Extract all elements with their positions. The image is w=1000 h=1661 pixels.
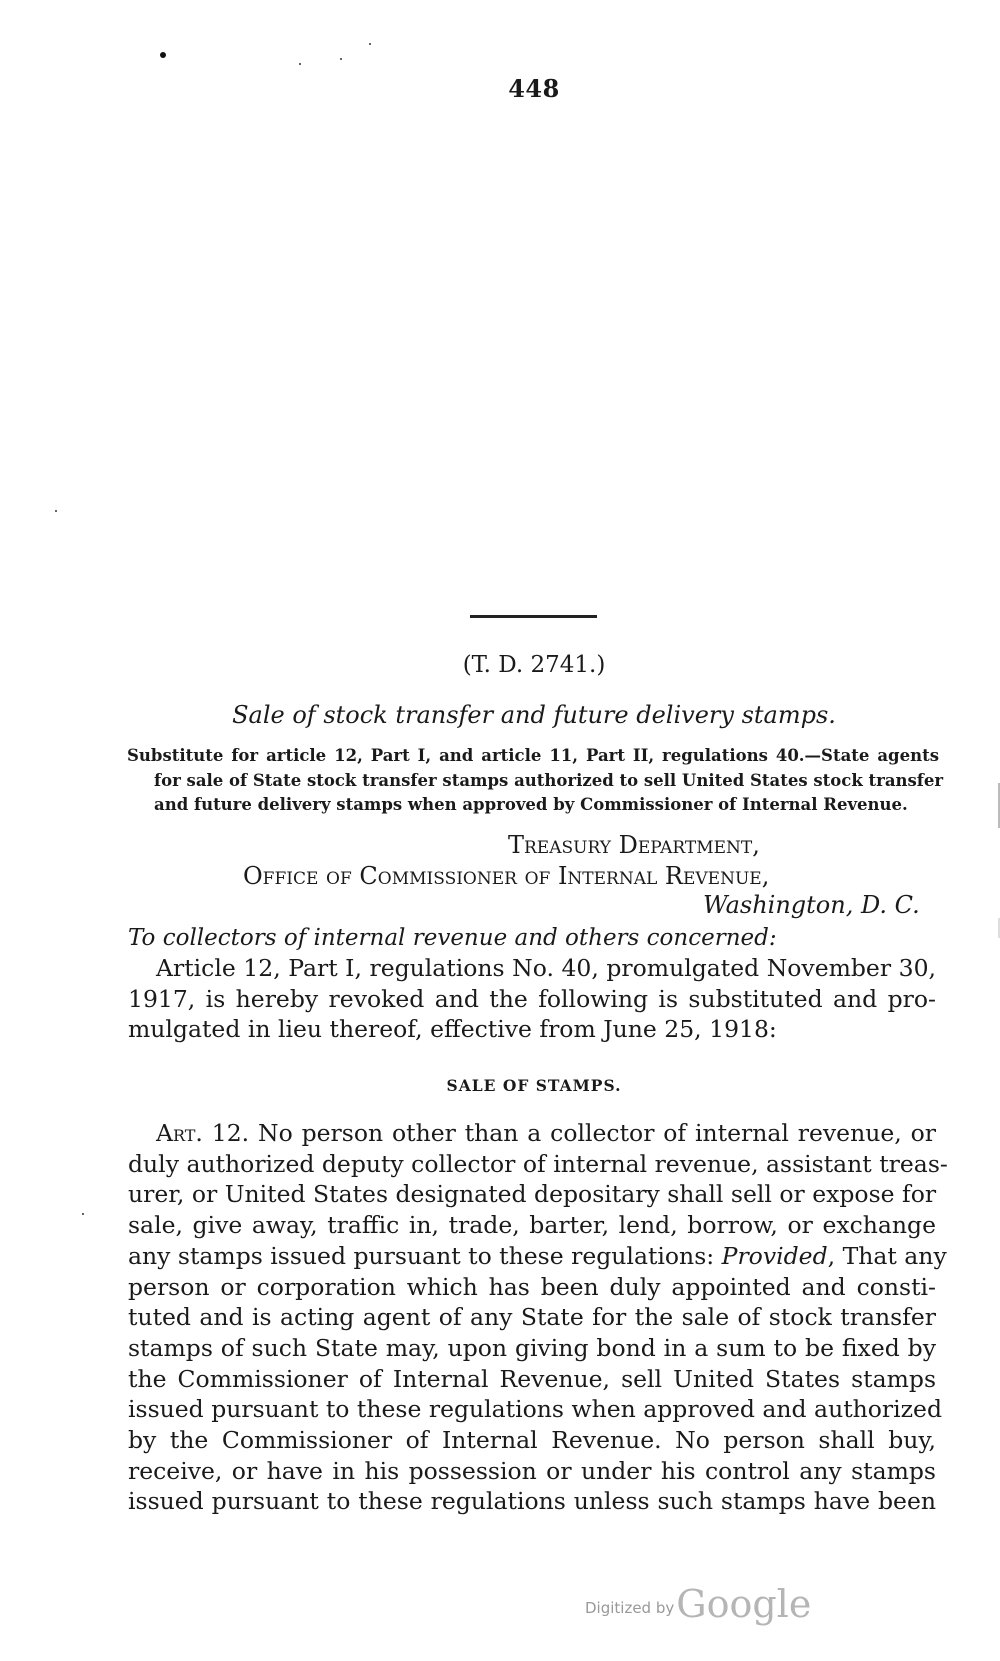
scan-speck <box>299 63 301 65</box>
digitized-by-watermark: Digitized byGoogle <box>585 1582 811 1626</box>
treasury-decision-number: (T. D. 2741.) <box>0 652 1000 678</box>
paragraph-line: urer, or United States designated deposi… <box>128 1179 936 1210</box>
paragraph-line: by the Commissioner of Internal Revenue.… <box>128 1425 936 1456</box>
paragraph-line: 1917, is hereby revoked and the followin… <box>128 984 936 1015</box>
paragraph-line: Art. 12. No person other than a collecto… <box>128 1118 936 1149</box>
paragraph-line: mulgated in lieu thereof, effective from… <box>128 1014 936 1045</box>
intro-paragraph: Article 12, Part I, regulations No. 40, … <box>128 953 936 1045</box>
syllabus-line: for sale of State stock transfer stamps … <box>127 769 939 794</box>
paragraph-line: the Commissioner of Internal Revenue, se… <box>128 1364 936 1395</box>
article-12-paragraph: Art. 12. No person other than a collecto… <box>128 1118 936 1517</box>
paragraph-line: stamps of such State may, upon giving bo… <box>128 1333 936 1364</box>
letterhead-department: Treasury Department, <box>508 831 760 859</box>
paragraph-line: tuted and is acting agent of any State f… <box>128 1302 936 1333</box>
google-logo: Google <box>676 1582 811 1626</box>
paragraph-line: person or corporation which has been dul… <box>128 1272 936 1303</box>
letterhead-place: Washington, D. C. <box>703 891 920 919</box>
syllabus-line: Substitute for article 12, Part I, and a… <box>127 744 939 769</box>
article-number: 12. <box>212 1119 249 1147</box>
paragraph-line: receive, or have in his possession or un… <box>128 1456 936 1487</box>
paragraph-line: Article 12, Part I, regulations No. 40, … <box>128 953 936 984</box>
digitized-by-label: Digitized by <box>585 1599 674 1617</box>
scan-speck <box>82 1213 84 1215</box>
letterhead-office: Office of Commissioner of Internal Reven… <box>243 862 769 890</box>
section-divider-rule <box>470 615 597 618</box>
paragraph-line: issued pursuant to these regulations unl… <box>128 1486 936 1517</box>
scan-speck <box>55 510 57 512</box>
scan-speck <box>340 58 342 60</box>
syllabus: Substitute for article 12, Part I, and a… <box>127 744 939 818</box>
article-label: Art. <box>156 1119 203 1147</box>
salutation: To collectors of internal revenue and ot… <box>128 925 777 951</box>
provided-proviso: Provided <box>722 1242 828 1270</box>
scan-speck <box>160 52 166 58</box>
syllabus-line: and future delivery stamps when approved… <box>127 793 939 818</box>
paragraph-line: sale, give away, traffic in, trade, bart… <box>128 1210 936 1241</box>
scan-speck <box>369 43 371 45</box>
document-subject: Sale of stock transfer and future delive… <box>0 701 1000 729</box>
paragraph-line: duly authorized deputy collector of inte… <box>128 1149 936 1180</box>
paragraph-line: any stamps issued pursuant to these regu… <box>128 1241 936 1272</box>
paragraph-line: issued pursuant to these regulations whe… <box>128 1394 936 1425</box>
section-heading: SALE OF STAMPS. <box>0 1076 1000 1095</box>
page-number: 448 <box>0 74 1000 103</box>
